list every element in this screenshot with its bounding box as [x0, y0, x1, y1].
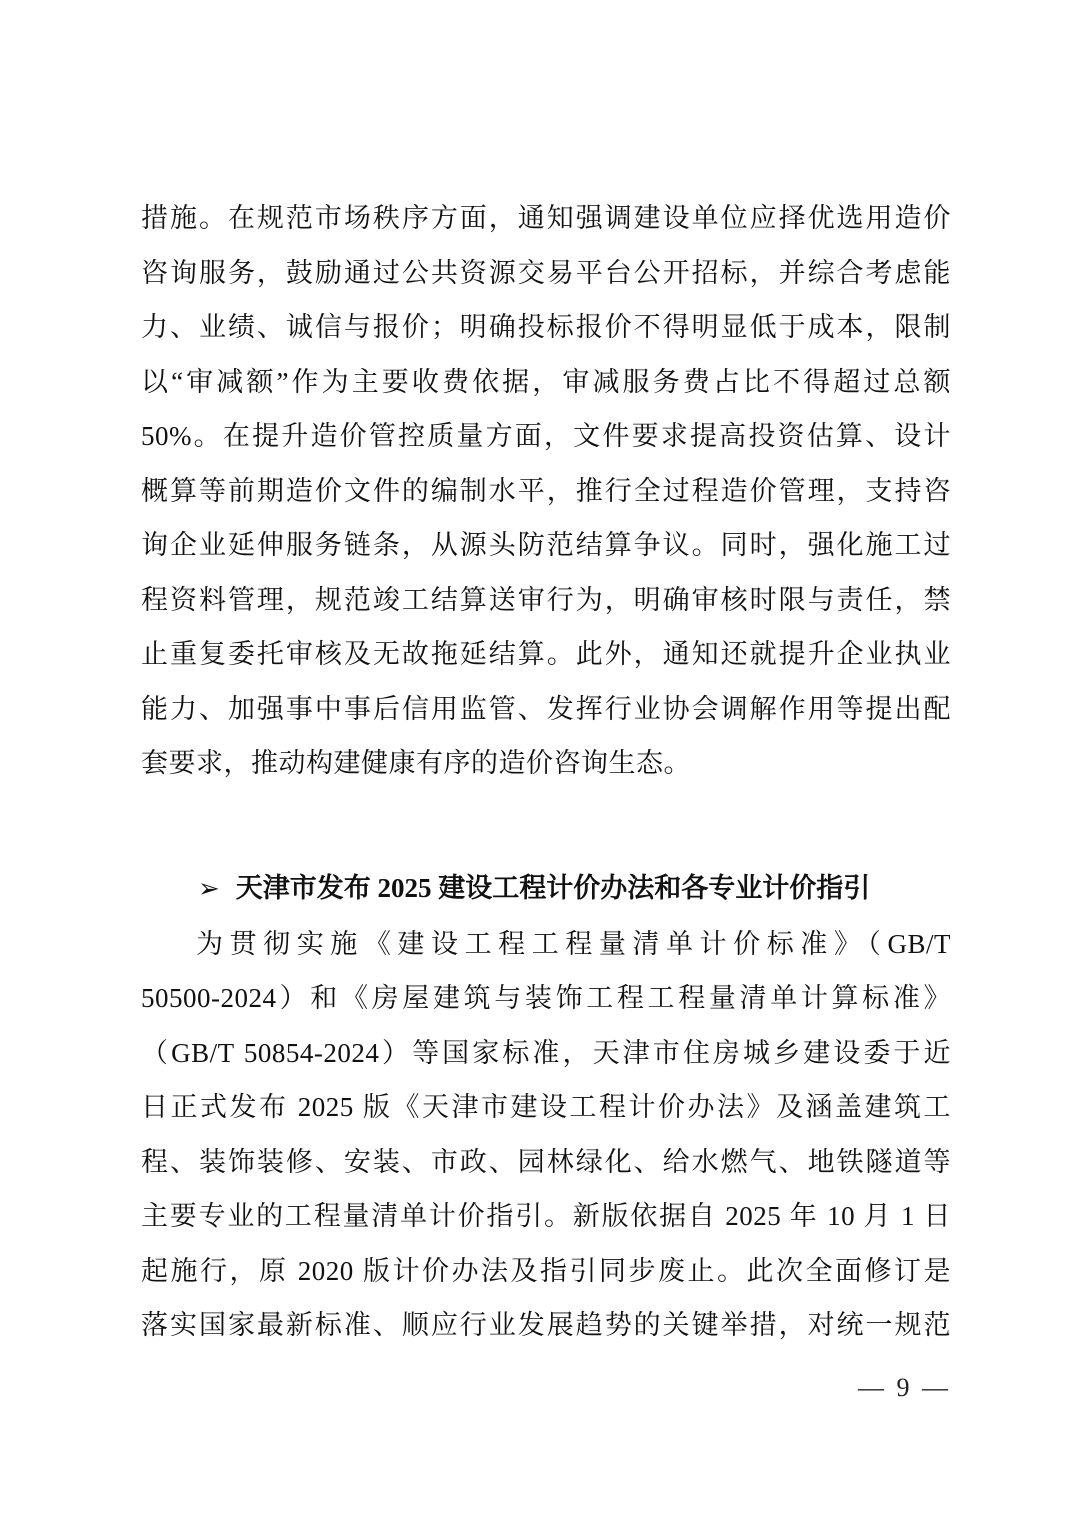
- paragraph1-line: 力、业绩、诚信与报价；明确投标报价不得明显低于成本，限制: [141, 300, 951, 355]
- paragraph1-line: 概算等前期造价文件的编制水平，推行全过程造价管理，支持咨: [141, 464, 951, 519]
- paragraph1-line: 能力、加强事中事后信用监管、发挥行业协会调解作用等提出配: [141, 682, 951, 737]
- paragraph2-line: 程、装饰装修、安装、市政、园林绿化、给水燃气、地铁隧道等: [141, 1135, 951, 1190]
- arrow-bullet-icon: ➢: [198, 862, 220, 917]
- paragraph2-line: 落实国家最新标准、顺应行业发展趋势的关键举措，对统一规范: [141, 1298, 951, 1353]
- section-heading-title: 天津市发布 2025 建设工程计价办法和各专业计价指引: [236, 873, 871, 903]
- paragraph1-line: 套要求，推动构建健康有序的造价咨询生态。: [141, 736, 951, 791]
- paragraph2-line: 主要专业的工程量清单计价指引。新版依据自 2025 年 10 月 1 日: [141, 1189, 951, 1244]
- paragraph1-line: 咨询服务，鼓励通过公共资源交易平台公开招标，并综合考虑能: [141, 246, 951, 301]
- paragraph1-line: 程资料管理，规范竣工结算送审行为，明确审核时限与责任，禁: [141, 573, 951, 628]
- paragraph1-line: 措施。在规范市场秩序方面，通知强调建设单位应择优选用造价: [141, 191, 951, 246]
- document-page: 措施。在规范市场秩序方面，通知强调建设单位应择优选用造价 咨询服务，鼓励通过公共…: [0, 0, 1080, 1527]
- paragraph2-line: 为贯彻实施《建设工程工程量清单计价标准》（GB/T: [141, 917, 951, 972]
- paragraph2-line: （GB/T 50854-2024）等国家标准，天津市住房城乡建设委于近: [141, 1026, 951, 1081]
- paragraph1-line: 询企业延伸服务链条，从源头防范结算争议。同时，强化施工过: [141, 518, 951, 573]
- page-number: — 9 —: [858, 1372, 948, 1404]
- section-heading: ➢天津市发布 2025 建设工程计价办法和各专业计价指引: [141, 861, 951, 917]
- paragraph2-line: 起施行，原 2020 版计价办法及指引同步废止。此次全面修订是: [141, 1244, 951, 1299]
- paragraph2-line: 日正式发布 2025 版《天津市建设工程计价办法》及涵盖建筑工: [141, 1080, 951, 1135]
- paragraph1-line: 50%。在提升造价管控质量方面，文件要求提高投资估算、设计: [141, 409, 951, 464]
- paragraph1-line: 止重复委托审核及无故拖延结算。此外，通知还就提升企业执业: [141, 627, 951, 682]
- paragraph-1: 措施。在规范市场秩序方面，通知强调建设单位应择优选用造价 咨询服务，鼓励通过公共…: [141, 191, 951, 791]
- paragraph1-line: 以“审减额”作为主要收费依据，审减服务费占比不得超过总额: [141, 355, 951, 410]
- paragraph2-line: 50500-2024）和《房屋建筑与装饰工程工程量清单计算标准》: [141, 971, 951, 1026]
- section-2: ➢天津市发布 2025 建设工程计价办法和各专业计价指引 为贯彻实施《建设工程工…: [141, 861, 951, 1353]
